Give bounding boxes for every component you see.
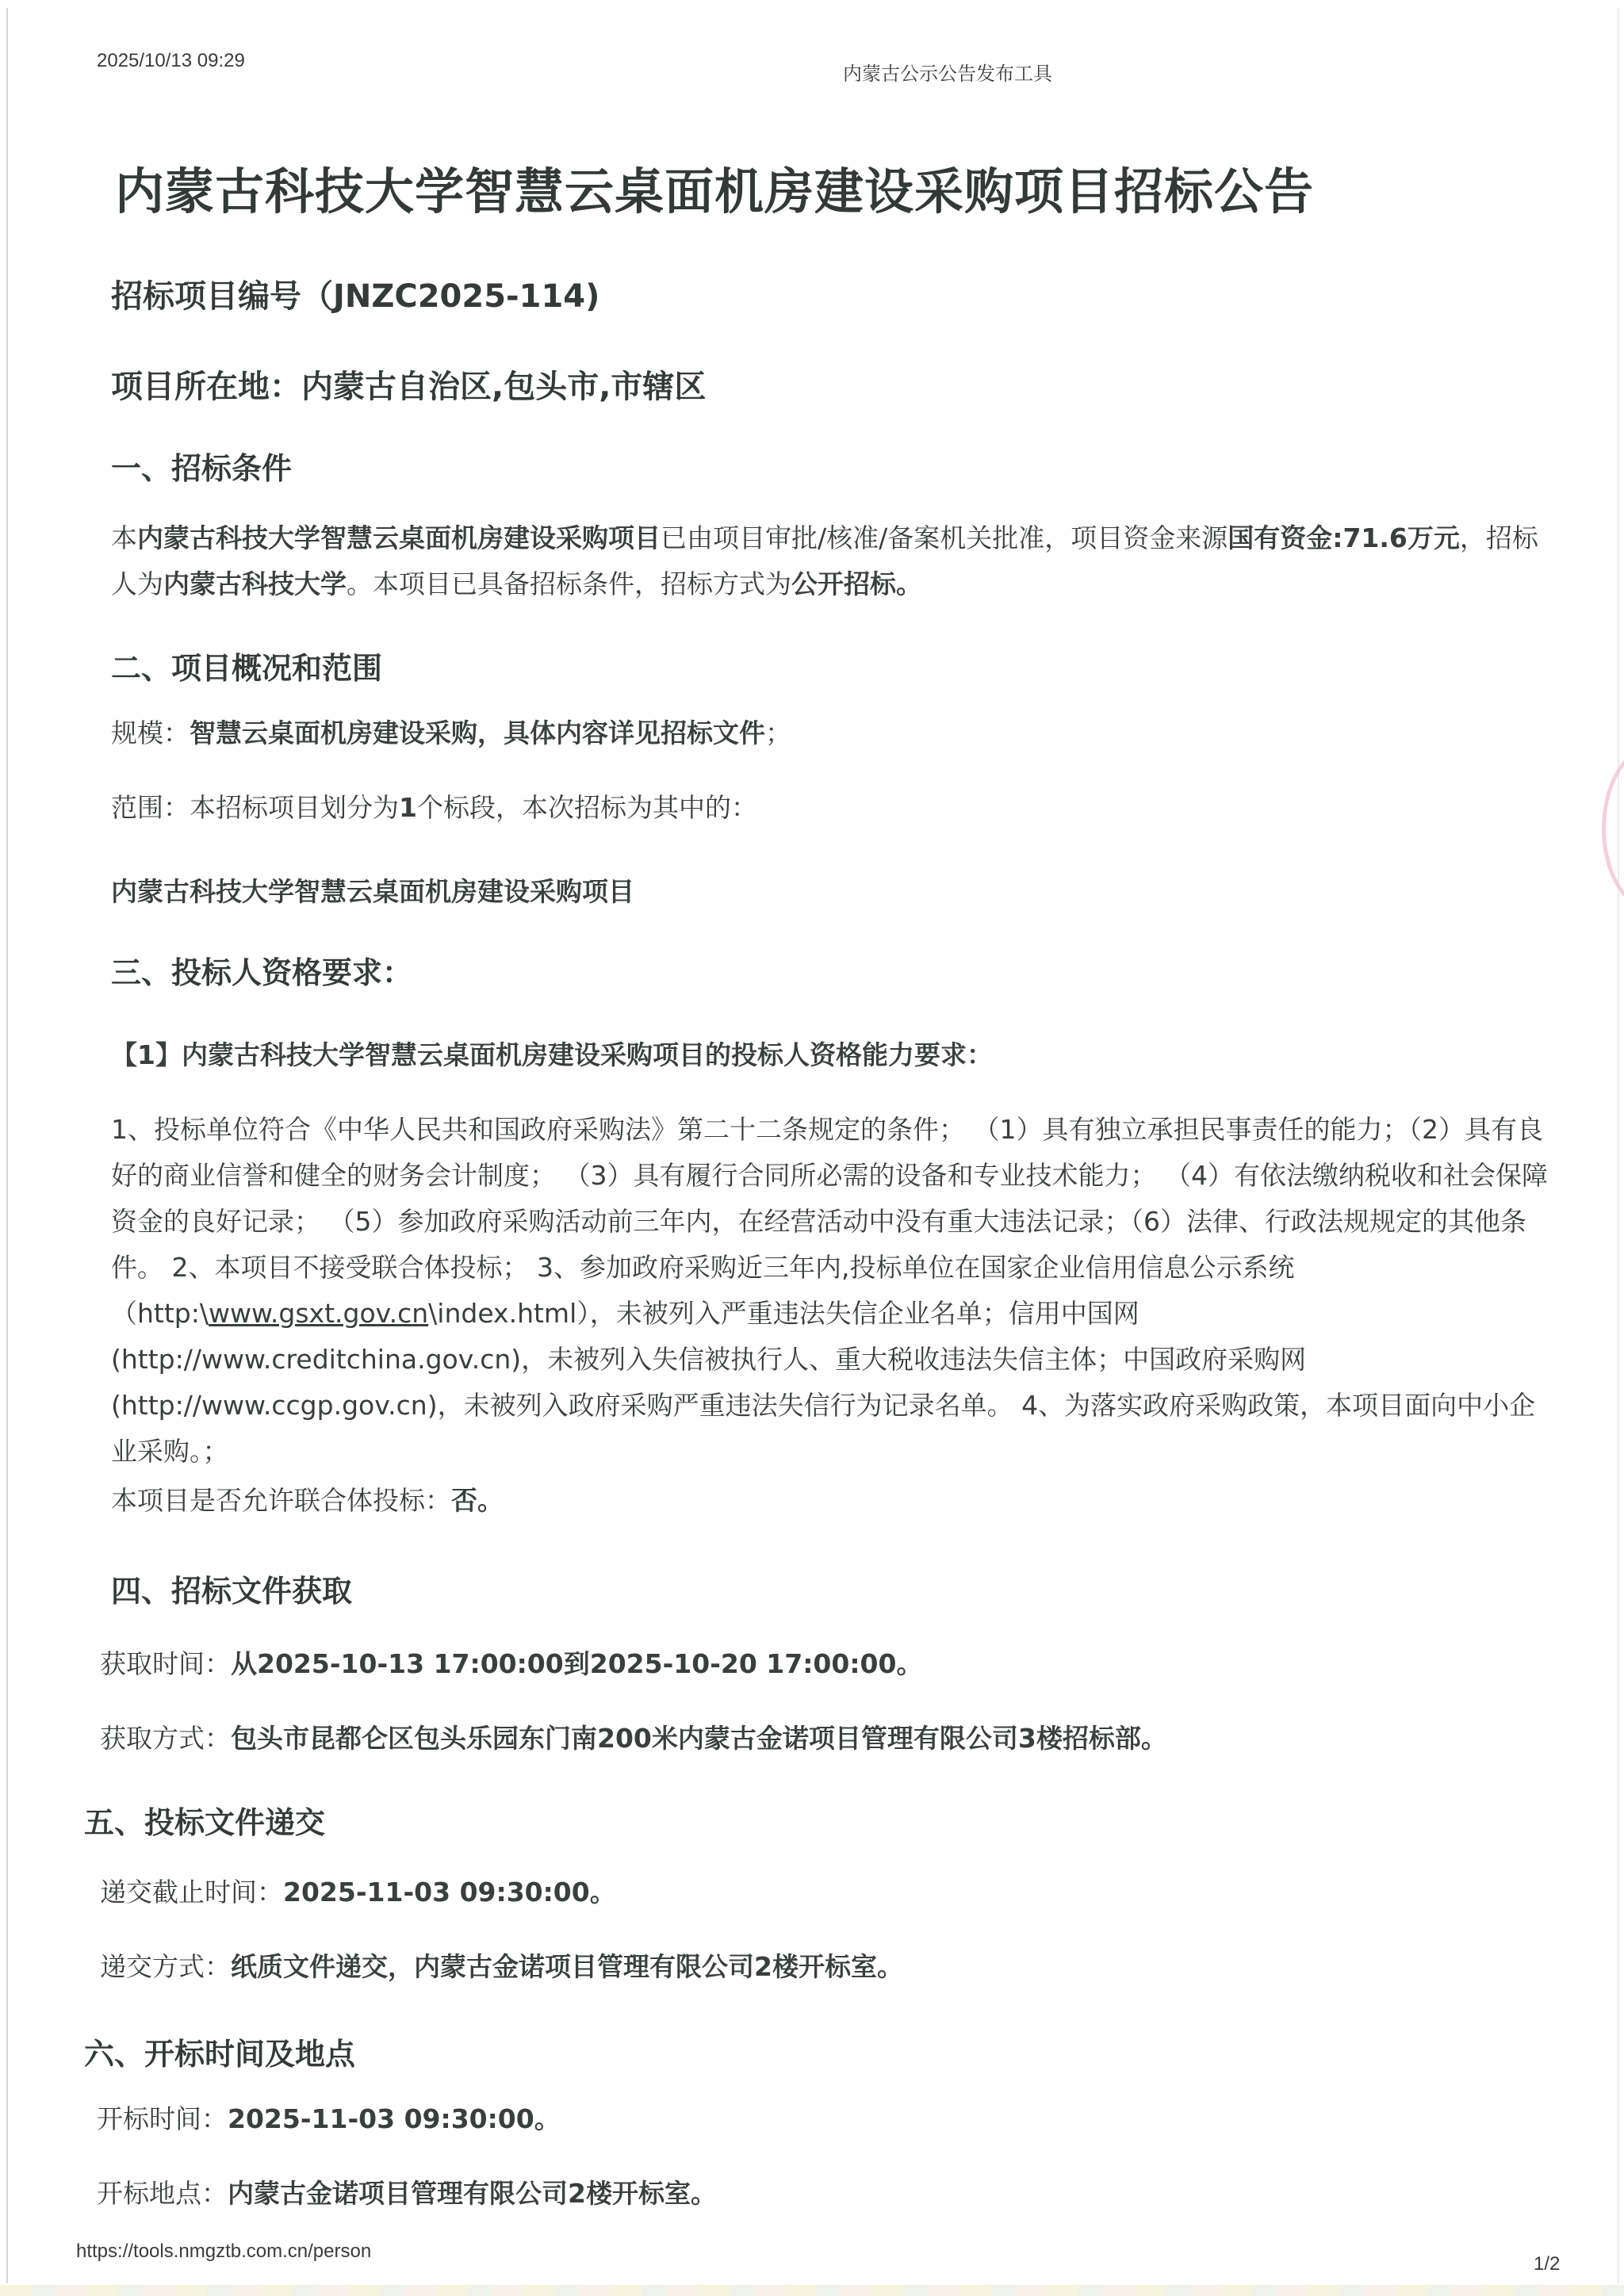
section-1-heading: 一、招标条件	[111, 444, 1561, 488]
print-datetime: 2025/10/13 09:29	[97, 50, 245, 72]
project-code: 招标项目编号（JNZC2025-114)	[111, 271, 1561, 316]
gsxt-link[interactable]: www.gsxt.gov.cn	[209, 1298, 428, 1329]
page-edge-left	[6, 8, 8, 2283]
project-location: 项目所在地：内蒙古自治区,包头市,市辖区	[111, 362, 1561, 407]
obtain-time: 获取时间：从2025-10-13 17:00:00到2025-10-20 17:…	[100, 1641, 1561, 1687]
section-1-paragraph: 本内蒙古科技大学智慧云桌面机房建设采购项目已由项目审批/核准/备案机关批准，项目…	[111, 515, 1561, 607]
s1-text-c: 已由项目审批/核准/备案机关批准，项目资金来源	[661, 522, 1228, 553]
submit-deadline-value: 2025-11-03 09:30:00。	[283, 1877, 616, 1908]
seal-stamp-fragment	[1602, 745, 1624, 912]
section-3-requirements: 1、投标单位符合《中华人民共和国政府采购法》第二十二条规定的条件； （1）具有独…	[111, 1107, 1561, 1475]
scale-end: ；	[765, 717, 791, 748]
submit-deadline-label: 递交截止时间：	[100, 1877, 283, 1908]
range-count: 1	[399, 792, 417, 823]
scale-label: 规模：	[111, 717, 190, 748]
s1-text-a: 本	[111, 522, 137, 553]
s1-tenderer: 内蒙古科技大学	[163, 568, 347, 599]
section-4-heading: 四、招标文件获取	[111, 1567, 1561, 1610]
opening-time-value: 2025-11-03 09:30:00。	[228, 2103, 561, 2134]
submit-method: 递交方式：纸质文件递交，内蒙古金诺项目管理有限公司2楼开标室。	[100, 1944, 1561, 1990]
tool-name: 内蒙古公示公告发布工具	[843, 58, 1052, 86]
s1-funding: 国有资金:71.6万元	[1228, 522, 1460, 553]
page-edge-right	[1618, 8, 1619, 2283]
section-3-heading: 三、投标人资格要求：	[111, 948, 1561, 992]
page-number: 1/2	[1534, 2253, 1560, 2275]
consortium-label: 本项目是否允许联合体投标：	[111, 1485, 451, 1516]
opening-time-label: 开标时间：	[97, 2103, 228, 2134]
range-rest: 个标段，本次招标为其中的：	[417, 792, 757, 823]
footer-url: https://tools.nmgztb.com.cn/person	[76, 2241, 371, 2263]
obtain-time-value: 从2025-10-13 17:00:00到2025-10-20 17:00:00…	[231, 1648, 922, 1679]
scan-bottom-strip	[0, 2285, 1624, 2296]
consortium-value: 否。	[451, 1485, 504, 1516]
opening-place: 开标地点：内蒙古金诺项目管理有限公司2楼开标室。	[97, 2171, 1561, 2217]
document-title: 内蒙古科技大学智慧云桌面机房建设采购项目招标公告	[115, 152, 1314, 223]
section-5-heading: 五、投标文件递交	[84, 1798, 1561, 1842]
section-2-heading: 二、项目概况和范围	[111, 644, 1561, 687]
opening-time: 开标时间：2025-11-03 09:30:00。	[97, 2096, 1561, 2142]
s1-project-name: 内蒙古科技大学智慧云桌面机房建设采购项目	[137, 522, 661, 553]
obtain-method: 获取方式：包头市昆都仑区包头乐园东门南200米内蒙古金诺项目管理有限公司3楼招标…	[100, 1716, 1561, 1762]
s1-text-g: 。本项目已具备招标条件，招标方式为	[347, 568, 791, 599]
submit-method-label: 递交方式：	[100, 1951, 231, 1982]
lot-name: 内蒙古科技大学智慧云桌面机房建设采购项目	[111, 869, 1561, 915]
obtain-time-label: 获取时间：	[100, 1648, 231, 1679]
s1-method: 公开招标。	[791, 568, 922, 599]
submit-deadline: 递交截止时间：2025-11-03 09:30:00。	[100, 1869, 1561, 1915]
submit-method-value: 纸质文件递交，内蒙古金诺项目管理有限公司2楼开标室。	[231, 1951, 903, 1982]
section-2-range: 范围：本招标项目划分为1个标段，本次招标为其中的：	[111, 785, 1561, 831]
section-3-subheading: 【1】内蒙古科技大学智慧云桌面机房建设采购项目的投标人资格能力要求：	[111, 1032, 1561, 1078]
obtain-method-value: 包头市昆都仑区包头乐园东门南200米内蒙古金诺项目管理有限公司3楼招标部。	[231, 1723, 1167, 1754]
req-text-a: 1、投标单位符合《中华人民共和国政府采购法》第二十二条规定的条件； （1）具有独…	[111, 1114, 1548, 1329]
obtain-method-label: 获取方式：	[100, 1723, 231, 1754]
consortium-line: 本项目是否允许联合体投标：否。	[111, 1478, 1561, 1524]
opening-place-label: 开标地点：	[97, 2178, 228, 2209]
section-6-heading: 六、开标时间及地点	[84, 2030, 1561, 2073]
section-2-scale: 规模：智慧云桌面机房建设采购，具体内容详见招标文件；	[111, 710, 1561, 756]
scale-value: 智慧云桌面机房建设采购，具体内容详见招标文件	[190, 717, 765, 748]
opening-place-value: 内蒙古金诺项目管理有限公司2楼开标室。	[228, 2178, 717, 2209]
range-label: 范围：本招标项目划分为	[111, 792, 399, 823]
